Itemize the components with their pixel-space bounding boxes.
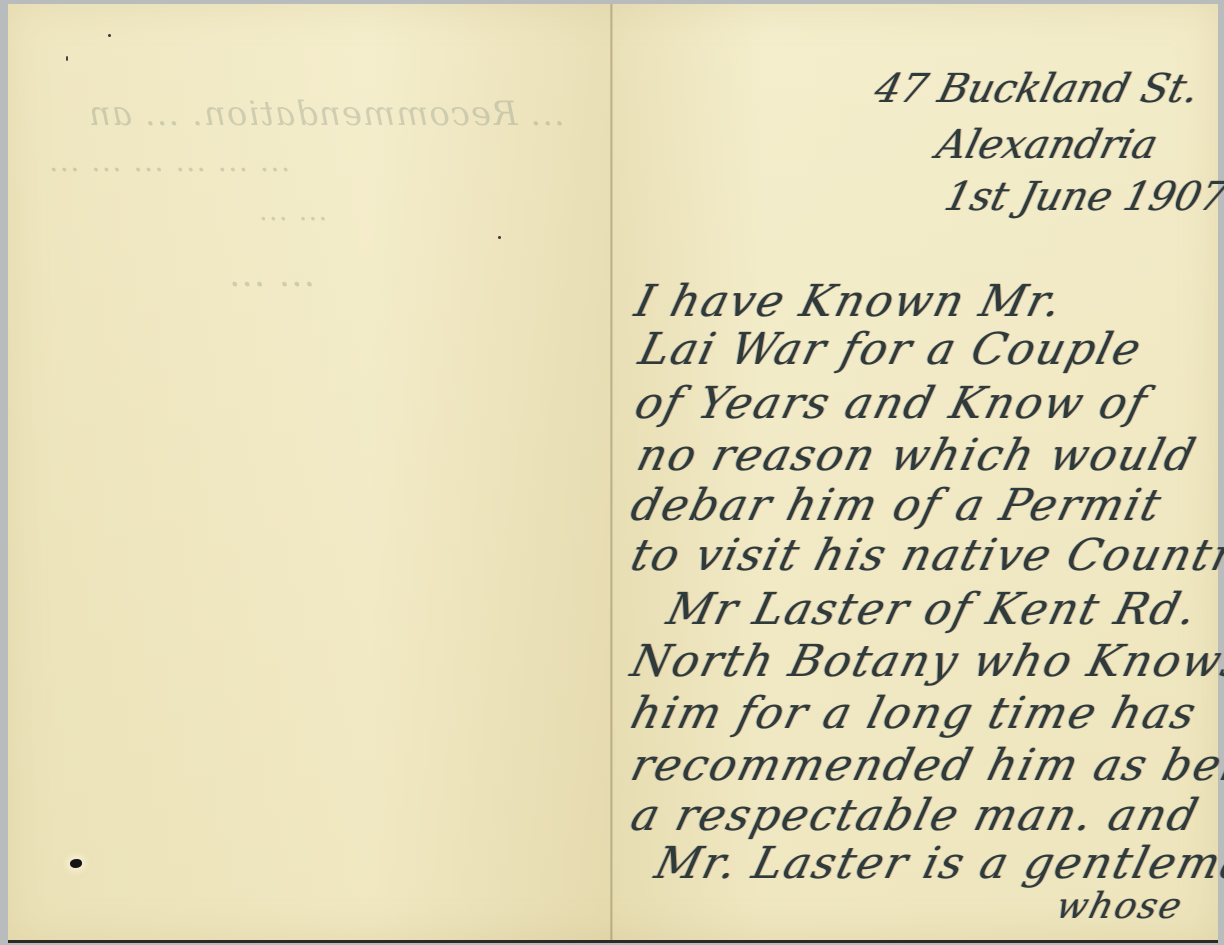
letter-line: to visit his native Country <box>626 530 1224 581</box>
address-line: 47 Buckland St. <box>870 66 1204 112</box>
letter-line: a respectable man. and <box>626 790 1205 841</box>
letter-sheet: ... Recommendation. ... an ... ... ... .… <box>8 4 1218 943</box>
bleed-through-line: ... Recommendation. ... an <box>88 94 565 134</box>
bleed-through-line: ... ... ... ... ... ... <box>48 144 290 179</box>
letter-line: whose <box>1052 886 1188 927</box>
letter-line: debar him of a Permit <box>626 480 1168 531</box>
letter-line: recommended him as being <box>626 740 1224 791</box>
right-page: 47 Buckland St. Alexandria 1st June 1907… <box>612 4 1218 940</box>
letter-line: Lai War for a Couple <box>634 324 1148 375</box>
bleed-through-line: ... ... <box>258 194 327 227</box>
letter-line: him for a long time has <box>626 688 1203 739</box>
letter-line: Mr. Laster is a gentleman <box>650 838 1224 889</box>
letter-line: of Years and Know of <box>630 378 1153 429</box>
letter-line: I have Known Mr. <box>630 276 1068 327</box>
punch-hole <box>70 859 82 868</box>
left-page: ... Recommendation. ... an ... ... ... .… <box>8 4 612 940</box>
ink-speck <box>108 34 111 37</box>
ink-speck <box>498 236 501 239</box>
letter-line: North Botany who Knows <box>626 636 1224 687</box>
city-line: Alexandria <box>932 122 1162 168</box>
date-line: 1st June 1907. <box>940 174 1224 220</box>
letter-line: no reason which would <box>632 430 1202 481</box>
scanned-document: ... Recommendation. ... an ... ... ... .… <box>0 0 1224 945</box>
bleed-through-line: ... ... <box>228 254 315 295</box>
ink-speck <box>66 56 68 61</box>
letter-line: Mr Laster of Kent Rd. <box>662 584 1203 635</box>
